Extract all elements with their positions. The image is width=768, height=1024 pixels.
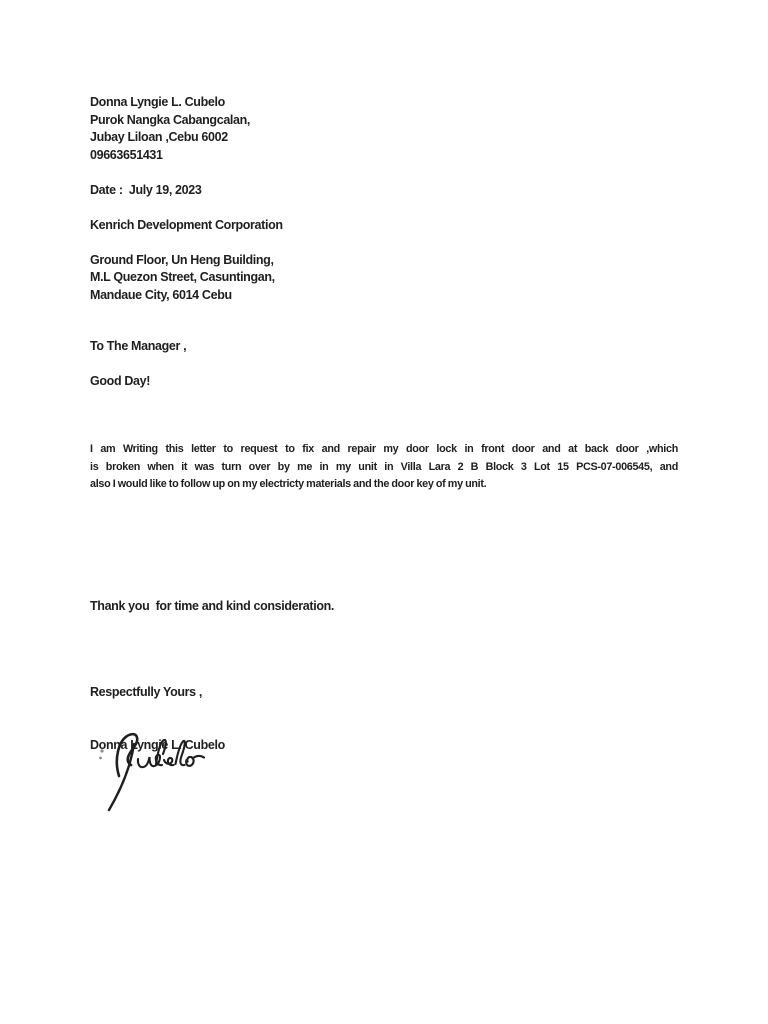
- closing-line: Respectfully Yours ,: [90, 684, 678, 702]
- body-line-2: is broken when it was turn over by me in…: [90, 459, 678, 477]
- letter-content: Donna Lyngie L. Cubelo Purok Nangka Caba…: [0, 0, 768, 754]
- sender-address-line1: Purok Nangka Cabangcalan,: [90, 112, 678, 130]
- date-line: Date : July 19, 2023: [90, 182, 678, 200]
- greeting: Good Day!: [90, 373, 678, 391]
- sender-name: Donna Lyngie L. Cubelo: [90, 94, 678, 112]
- ink-dot-icon: [99, 756, 102, 759]
- recipient-address-line2: M.L Quezon Street, Casuntingan,: [90, 269, 678, 287]
- signature-typed-name: Donna Lyngie L. Cubelo: [90, 737, 678, 755]
- body-line-3: also I would like to follow up on my ele…: [90, 476, 678, 494]
- sender-phone: 09663651431: [90, 147, 678, 165]
- recipient-address-line3: Mandaue City, 6014 Cebu: [90, 287, 678, 305]
- letter-page: Donna Lyngie L. Cubelo Purok Nangka Caba…: [0, 0, 768, 1024]
- recipient-company: Kenrich Development Corporation: [90, 217, 678, 235]
- thanks-line: Thank you for time and kind consideratio…: [90, 598, 678, 616]
- recipient-address-line1: Ground Floor, Un Heng Building,: [90, 252, 678, 270]
- sender-address-line2: Jubay Liloan ,Cebu 6002: [90, 129, 678, 147]
- letter-body: I am Writing this letter to request to f…: [90, 441, 678, 494]
- recipient-address-block: Ground Floor, Un Heng Building, M.L Quez…: [90, 252, 678, 305]
- body-line-1: I am Writing this letter to request to f…: [90, 441, 678, 459]
- signature-block: Donna Lyngie L. Cubelo: [90, 737, 678, 755]
- salutation: To The Manager ,: [90, 338, 678, 356]
- sender-block: Donna Lyngie L. Cubelo Purok Nangka Caba…: [90, 94, 678, 164]
